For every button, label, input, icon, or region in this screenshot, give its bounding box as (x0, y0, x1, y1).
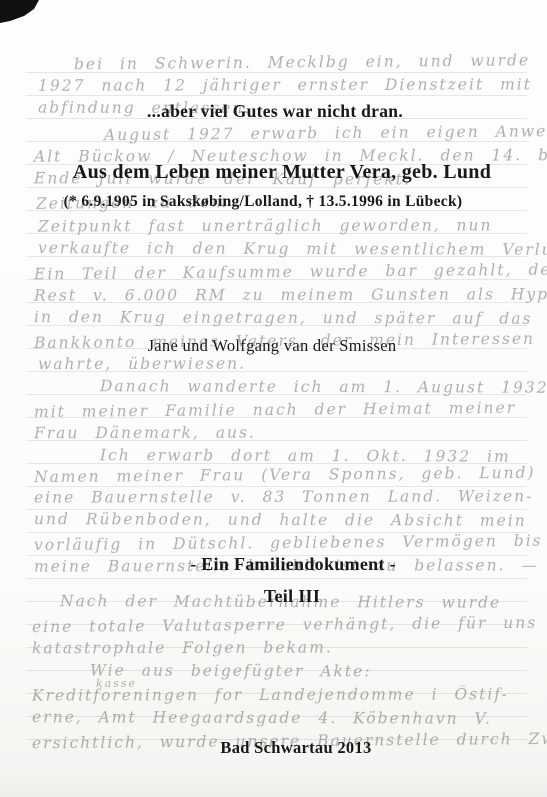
handwriting-line: Rest v. 6.000 RM zu meinem Gunsten als H… (34, 287, 547, 304)
handwriting-line: wahrte, überwiesen. (38, 357, 246, 373)
handwriting-line: Frau Dänemark, aus. (34, 426, 256, 442)
part-number: Teil III (264, 587, 320, 605)
handwriting-line: bei in Schwerin. Mecklbg ein, und wurde … (74, 53, 547, 73)
handwriting-line: verkaufte ich den Krug mit wesentlichem … (38, 241, 547, 258)
handwriting-line: katastrophale Folgen bekam. (32, 641, 333, 657)
imprint-line: Bad Schwartau 2013 (220, 740, 371, 757)
handwriting-line: mit meiner Familie nach der Heimat meine… (34, 401, 516, 421)
ruled-lines (26, 50, 527, 753)
handwriting-line: Ein Teil der Kaufsumme wurde bar gezahlt… (34, 263, 547, 283)
handwriting-line: Ich erwarb dort am 1. Okt. 1932 im (100, 448, 511, 465)
handwriting-line: eine totale Valutasperre verhängt, die f… (32, 616, 537, 636)
subtitle-line: - Ein Familiendokument - (190, 555, 396, 573)
handwriting-line: Namen meiner Frau (Vera Sponns, geb. Lun… (34, 466, 536, 486)
scan-corner-artifact (0, 0, 44, 28)
handwriting-line: 1927 nach 12 jähriger ernster Dienstzeit… (38, 77, 547, 94)
handwriting-line: und Rübenboden, und halte die Absicht me… (34, 512, 527, 529)
handwriting-line: erne, Amt Heegaardsgade 4. Köbenhavn V. (32, 710, 492, 727)
handwriting-line: vorläufig in Dütschl. gebliebenes Vermög… (34, 534, 543, 554)
handwriting-line: Wie aus beigefügter Akte: (90, 664, 372, 680)
handwriting-line: in den Krug eingetragen, und später auf … (34, 310, 532, 327)
scanned-page: bei in Schwerin. Mecklbg ein, und wurde … (0, 0, 547, 797)
page-title: Aus dem Leben meiner Mutter Vera, geb. L… (73, 162, 491, 182)
handwriting-line: August 1927 erwarb ich ein eigen Anwesen… (104, 124, 547, 144)
handwriting-line: Danach wanderte ich am 1. August 1932 (100, 379, 547, 396)
handwriting-line: Zeitpunkt fast unerträglich geworden, nu… (38, 218, 493, 235)
lead-line: ...aber viel Gutes war nicht dran. (147, 103, 403, 121)
authors-line: Jane und Wolfgang van der Smissen (148, 338, 397, 355)
life-dates: (* 6.9.1905 in Sakskøbing/Lolland, † 13.… (64, 194, 463, 210)
handwriting-line: eine Bauernstelle v. 83 Tonnen Land. Wei… (34, 489, 533, 506)
handwriting-line: kasse (96, 678, 137, 689)
handwriting-line: Kreditforeningen for Landejendomme i Öst… (32, 687, 509, 704)
